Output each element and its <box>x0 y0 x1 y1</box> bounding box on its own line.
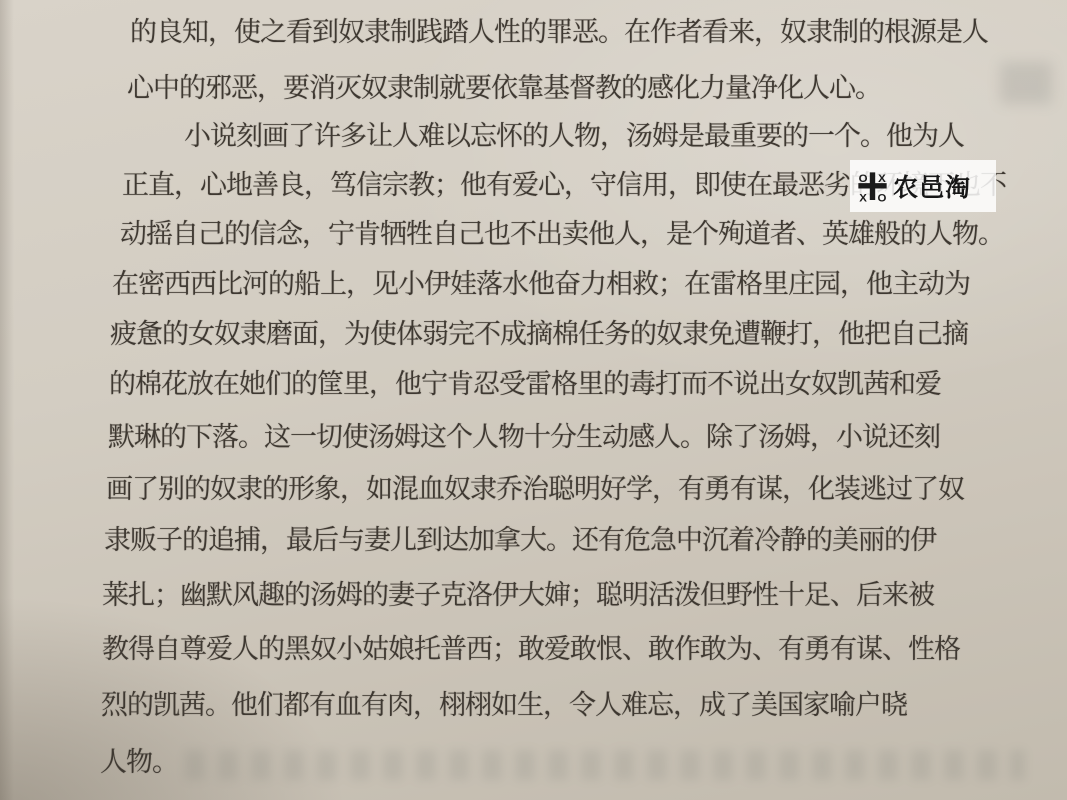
text-line: 人物。 <box>100 742 178 782</box>
text-line: 在密西西比河的船上，见小伊娃落水他奋力相救；在雷格里庄园，他主动为 <box>112 264 970 304</box>
text-line: 疲惫的女奴隶磨面，为使体弱完不成摘棉任务的奴隶免遭鞭打，他把自己摘 <box>110 314 968 354</box>
text-line: 默琳的下落。这一切使汤姆这个人物十分生动感人。除了汤姆，小说还刻 <box>108 417 940 457</box>
text-line: 的良知，使之看到奴隶制践踏人性的罪恶。在作者看来，奴隶制的根源是人 <box>130 12 988 52</box>
watermark-logo-icon: O X X O <box>857 170 888 203</box>
watermark-brand-label: 农邑淘 <box>893 168 971 204</box>
text-line-paragraph-indent: 小说刻画了许多让人难以忘怀的人物，汤姆是最重要的一个。他为人 <box>184 116 964 156</box>
page-bleedthrough-smudge <box>1000 62 1052 104</box>
page-bleedthrough-smudge <box>185 750 1025 780</box>
svg-text:O: O <box>859 172 868 184</box>
text-line: 隶贩子的追捕，最后与妻儿到达加拿大。还有危急中沉着冷静的美丽的伊 <box>104 520 936 560</box>
svg-text:O: O <box>877 192 886 203</box>
book-page-photo: 的良知，使之看到奴隶制践踏人性的罪恶。在作者看来，奴隶制的根源是人 心中的邪恶，… <box>0 0 1067 800</box>
svg-text:X: X <box>859 192 867 203</box>
text-line: 烈的凯茜。他们都有血有肉，栩栩如生，令人难忘，成了美国家喻户晓 <box>101 685 907 725</box>
text-line: 的棉花放在她们的筐里，他宁肯忍受雷格里的毒打而不说出女奴凯茜和爱 <box>109 364 941 404</box>
text-line: 莱扎；幽默风趣的汤姆的妻子克洛伊大婶；聪明活泼但野性十足、后来被 <box>102 575 934 615</box>
svg-text:X: X <box>878 172 886 184</box>
text-line: 画了别的奴隶的形象，如混血奴隶乔治聪明好学，有勇有谋，化装逃过了奴 <box>106 469 964 509</box>
text-line: 心中的邪恶，要消灭奴隶制就要依靠基督教的感化力量净化人心。 <box>127 68 881 108</box>
watermark-badge: O X X O 农邑淘 <box>850 160 996 212</box>
text-line: 教得自尊爱人的黑奴小姑娘托普西；敢爱敢恨、敢作敢为、有勇有谋、性格 <box>102 629 960 669</box>
text-line: 动摇自己的信念，宁肯牺牲自己也不出卖他人，是个殉道者、英雄般的人物。 <box>120 214 1004 254</box>
